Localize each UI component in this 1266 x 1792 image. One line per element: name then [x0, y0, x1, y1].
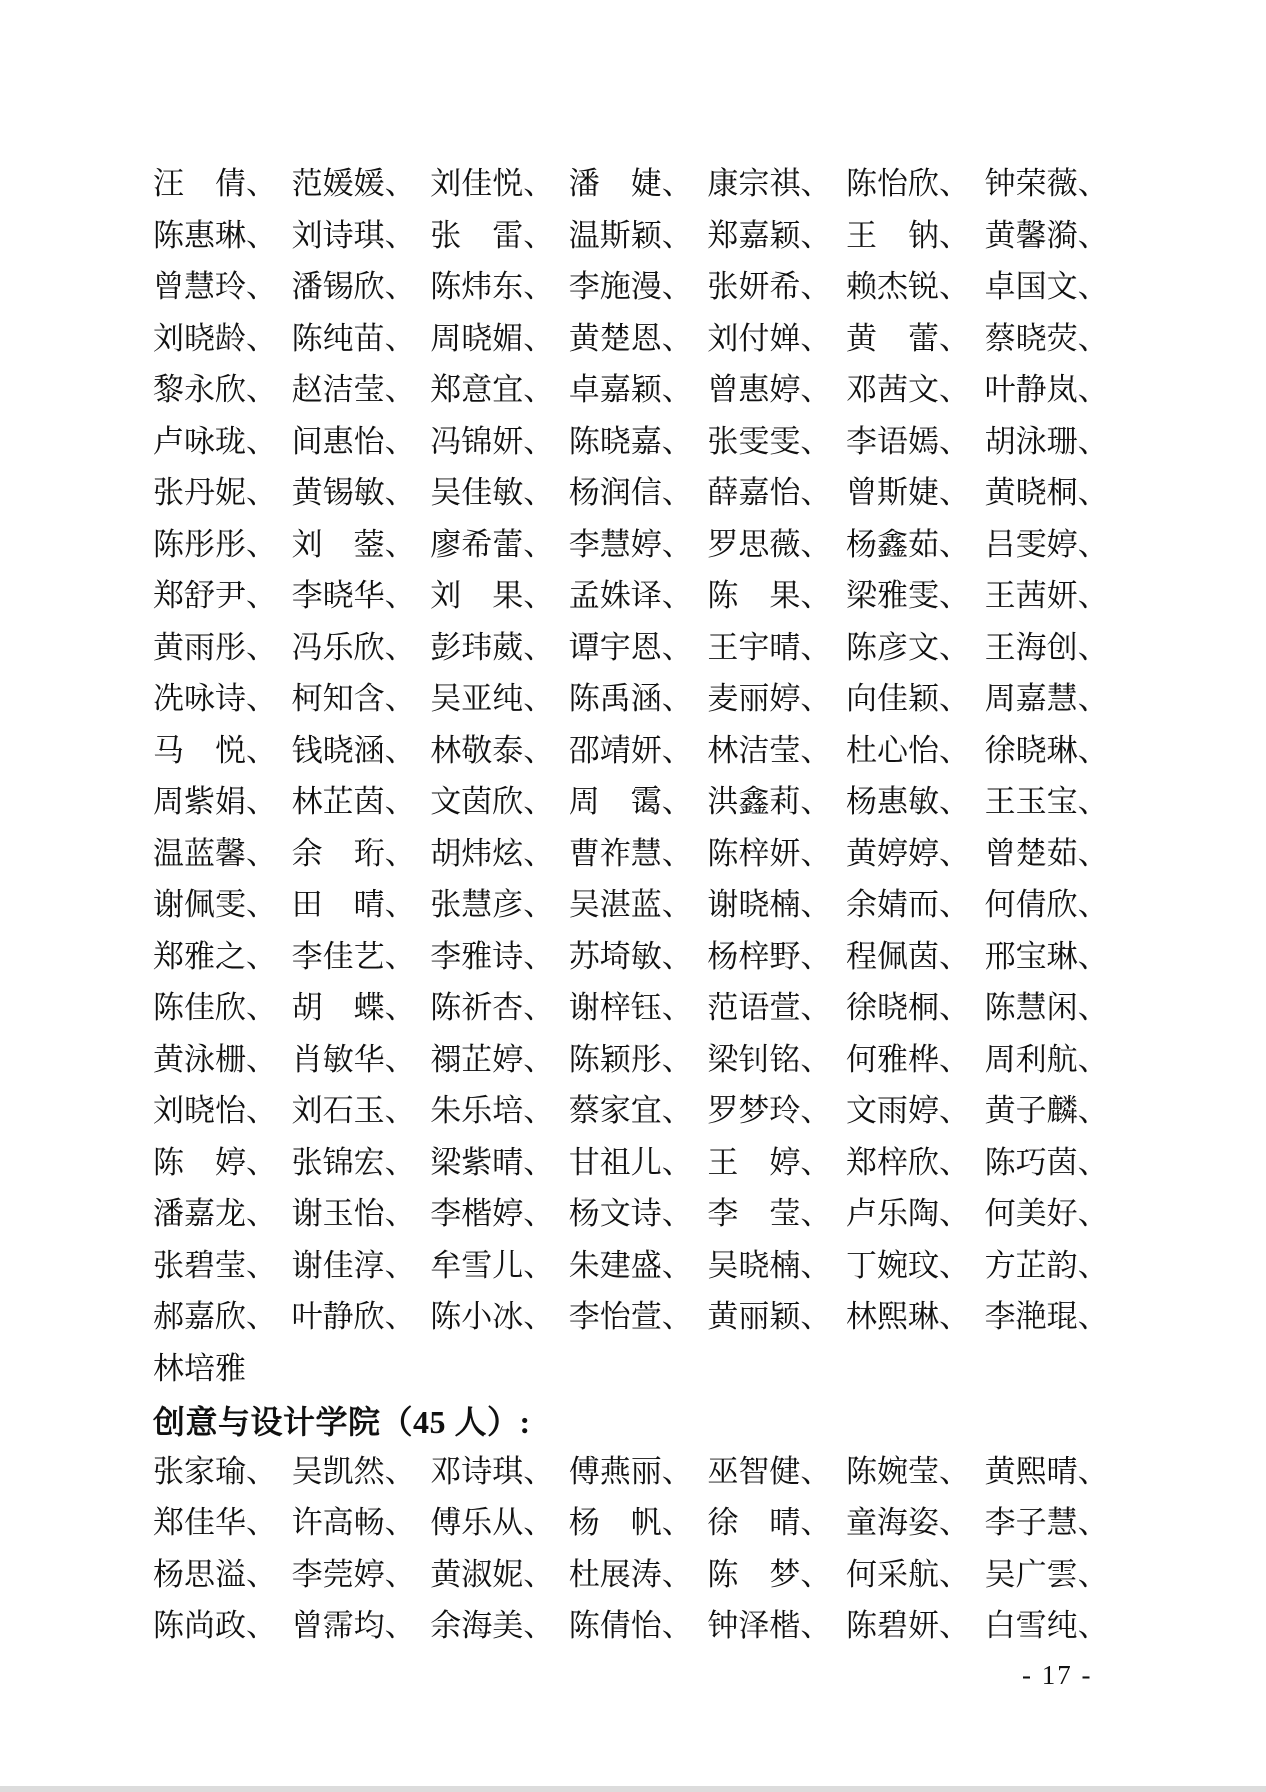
name-text: 何雅桦	[846, 1044, 939, 1075]
name-char: 李	[292, 941, 323, 972]
name-char: 梓	[738, 838, 769, 869]
enumeration-comma: 、	[662, 426, 693, 457]
name-text: 陈碧妍	[846, 1610, 939, 1641]
name-char: 范	[707, 992, 738, 1023]
name-char: 雯	[215, 889, 246, 920]
name-char: 雅	[877, 1044, 908, 1075]
name-char: 薇	[1047, 168, 1078, 199]
name-cell: 黄子麟、	[985, 1095, 1124, 1126]
name-text: 钟泽楷	[707, 1610, 800, 1641]
enumeration-comma: 、	[939, 1095, 970, 1126]
name-char: 馨	[215, 838, 246, 869]
name-cell: 杨润信、	[569, 477, 708, 508]
name-char: 黄	[569, 323, 600, 354]
name-text: 杨润信	[569, 477, 662, 508]
enumeration-comma: 、	[800, 1095, 831, 1126]
name-cell: 陈婉莹、	[846, 1456, 985, 1487]
enumeration-comma: 、	[800, 374, 831, 405]
name-char: 舒	[184, 580, 215, 611]
enumeration-comma: 、	[800, 426, 831, 457]
name-char: 子	[1016, 1507, 1047, 1538]
name-char: 而	[908, 889, 939, 920]
enumeration-comma: 、	[246, 1456, 277, 1487]
name-char: 果	[492, 580, 523, 611]
name-text: 蔡晓荧	[985, 323, 1078, 354]
name-char: 杏	[492, 992, 523, 1023]
name-text: 巫智健	[707, 1456, 800, 1487]
enumeration-comma: 、	[246, 1147, 277, 1178]
enumeration-comma: 、	[523, 1250, 554, 1281]
name-char: 芷	[323, 786, 354, 817]
name-char: 吴	[707, 1250, 738, 1281]
name-char: 潘	[292, 271, 323, 302]
name-text: 李慧婷	[569, 529, 662, 560]
name-char: 婷	[631, 529, 662, 560]
name-text: 黄晓桐	[985, 477, 1078, 508]
name-text: 杨文诗	[569, 1198, 662, 1229]
name-char: 智	[738, 1456, 769, 1487]
enumeration-comma: 、	[800, 323, 831, 354]
name-text: 柯知含	[292, 683, 385, 714]
name-char: 婧	[877, 889, 908, 920]
name-char: 恩	[631, 632, 662, 663]
name-char: 炫	[492, 838, 523, 869]
name-row: 郑舒尹、李晓华、刘果、孟姝译、陈果、梁雅雯、王茜妍、	[153, 570, 1131, 622]
enumeration-comma: 、	[246, 786, 277, 817]
name-text: 谢佩雯	[153, 889, 246, 920]
name-char: 家	[600, 1095, 631, 1126]
enumeration-comma: 、	[939, 1198, 970, 1229]
enumeration-comma: 、	[385, 941, 416, 972]
name-char: 锦	[461, 426, 492, 457]
enumeration-comma: 、	[939, 735, 970, 766]
name-char: 彤	[631, 1044, 662, 1075]
name-char: 航	[1047, 1044, 1078, 1075]
enumeration-comma: 、	[939, 168, 970, 199]
name-char: 永	[184, 374, 215, 405]
name-cell: 麦丽婷、	[707, 683, 846, 714]
name-cell: 蔡晓荧、	[985, 323, 1124, 354]
name-cell: 肖敏华、	[292, 1044, 431, 1075]
name-text: 汪倩	[153, 168, 246, 199]
name-cell: 周利航、	[985, 1044, 1124, 1075]
name-cell: 吴湛蓝、	[569, 889, 708, 920]
name-row: 张丹妮、黄锡敏、吴佳敏、杨润信、薛嘉怡、曾斯婕、黄晓桐、	[153, 467, 1131, 519]
name-cell: 文雨婷、	[846, 1095, 985, 1126]
name-cell: 卢咏珑、	[153, 426, 292, 457]
name-text: 范媛媛	[292, 168, 385, 199]
enumeration-comma: 、	[800, 1610, 831, 1641]
name-char: 欣	[354, 1301, 385, 1332]
name-char: 纯	[1047, 1610, 1078, 1641]
name-char: 彤	[184, 529, 215, 560]
name-char: 郑	[153, 941, 184, 972]
name-cell: 林敬泰、	[430, 735, 569, 766]
name-char: 斯	[877, 477, 908, 508]
enumeration-comma: 、	[800, 1198, 831, 1229]
name-text: 谭宇恩	[569, 632, 662, 663]
name-text: 潘嘉龙	[153, 1198, 246, 1229]
enumeration-comma: 、	[800, 220, 831, 251]
name-cell: 方芷韵、	[985, 1250, 1124, 1281]
name-char: 嫣	[908, 426, 939, 457]
name-char: 妍	[631, 735, 662, 766]
name-char: 栅	[215, 1044, 246, 1075]
name-text: 杨鑫茹	[846, 529, 939, 560]
name-char: 廖	[430, 529, 461, 560]
name-char: 雅	[184, 941, 215, 972]
name-cell: 徐晓琳、	[985, 735, 1124, 766]
name-char: 冯	[292, 632, 323, 663]
enumeration-comma: 、	[662, 477, 693, 508]
name-cell: 杨鑫茹、	[846, 529, 985, 560]
name-char: 佳	[877, 683, 908, 714]
name-cell: 陈梓妍、	[707, 838, 846, 869]
enumeration-comma: 、	[385, 1198, 416, 1229]
name-char: 儿	[631, 1147, 662, 1178]
name-text: 李子慧	[985, 1507, 1078, 1538]
enumeration-comma: 、	[800, 1559, 831, 1590]
name-char: 宝	[1047, 786, 1078, 817]
name-char: 敏	[354, 477, 385, 508]
name-char: 邓	[430, 1456, 461, 1487]
name-row: 张碧莹、谢佳淳、牟雪儿、朱建盛、吴晓楠、丁婉玟、方芷韵、	[153, 1240, 1131, 1292]
name-char: 茹	[908, 529, 939, 560]
enumeration-comma: 、	[662, 786, 693, 817]
name-row: 杨思溢、李莞婷、黄淑妮、杜展涛、陈梦、何采航、吴广雲、	[153, 1549, 1131, 1601]
name-char: 玲	[769, 1095, 800, 1126]
name-char: 姿	[908, 1507, 939, 1538]
name-char: 知	[323, 683, 354, 714]
name-char: 莹	[769, 1198, 800, 1229]
name-char: 燕	[600, 1456, 631, 1487]
name-cell: 刘晓怡、	[153, 1095, 292, 1126]
name-char: 媛	[323, 168, 354, 199]
name-char: 从	[492, 1507, 523, 1538]
name-char: 曾	[292, 1610, 323, 1641]
name-char: 钟	[707, 1610, 738, 1641]
name-char: 莉	[769, 786, 800, 817]
name-char: 琳	[215, 220, 246, 251]
name-text: 胡泳珊	[985, 426, 1078, 457]
name-text: 刘果	[430, 580, 523, 611]
name-text: 杨梓野	[707, 941, 800, 972]
name-text: 禤芷婷	[430, 1044, 523, 1075]
name-cell: 王婷、	[707, 1147, 846, 1178]
name-text: 陈佳欣	[153, 992, 246, 1023]
name-char: 铭	[769, 1044, 800, 1075]
name-text: 黄锡敏	[292, 477, 385, 508]
name-text: 陈小冰	[430, 1301, 523, 1332]
name-char: 黄	[985, 1095, 1016, 1126]
name-char: 陈	[707, 580, 738, 611]
name-char: 卢	[846, 1198, 877, 1229]
name-char: 倩	[600, 1610, 631, 1641]
name-text: 李施漫	[569, 271, 662, 302]
name-char: 梦	[769, 1559, 800, 1590]
name-cell: 陈慧闲、	[985, 992, 1124, 1023]
name-char: 罗	[707, 529, 738, 560]
name-char: 诗	[492, 941, 523, 972]
name-char: 陈	[153, 992, 184, 1023]
name-row: 冼咏诗、柯知含、吴亚纯、陈禹涵、麦丽婷、向佳颖、周嘉慧、	[153, 673, 1131, 725]
name-cell: 杜心怡、	[846, 735, 985, 766]
name-char: 梓	[738, 941, 769, 972]
name-char: 怡	[354, 426, 385, 457]
enumeration-comma: 、	[246, 1559, 277, 1590]
name-char: 吴	[985, 1559, 1016, 1590]
name-char: 吴	[569, 889, 600, 920]
enumeration-comma: 、	[662, 1507, 693, 1538]
name-cell: 陈小冰、	[430, 1301, 569, 1332]
name-text: 马悦	[153, 735, 246, 766]
name-text: 傅乐从	[430, 1507, 523, 1538]
name-text: 徐晴	[707, 1507, 800, 1538]
name-text: 陈怡欣	[846, 168, 939, 199]
name-cell: 向佳颖、	[846, 683, 985, 714]
name-char: 婕	[631, 168, 662, 199]
name-char: 瑜	[215, 1456, 246, 1487]
enumeration-comma: 、	[246, 941, 277, 972]
name-text: 林芷茵	[292, 786, 385, 817]
name-char: 颖	[631, 220, 662, 251]
name-char: 陈	[430, 992, 461, 1023]
name-cell: 陈晓嘉、	[569, 426, 708, 457]
name-char: 诗	[323, 220, 354, 251]
name-char: 诗	[215, 683, 246, 714]
name-char: 汪	[153, 168, 184, 199]
name-char: 思	[738, 529, 769, 560]
name-char: 婷	[354, 1559, 385, 1590]
name-char: 蝶	[354, 992, 385, 1023]
name-text: 陈果	[707, 580, 800, 611]
name-char: 尹	[215, 580, 246, 611]
name-char: 蔡	[985, 323, 1016, 354]
name-char: 桐	[1047, 477, 1078, 508]
name-char: 龄	[215, 323, 246, 354]
name-char: 彦	[492, 889, 523, 920]
name-cell: 何倩欣、	[985, 889, 1124, 920]
name-cell: 林培雅	[153, 1353, 292, 1384]
name-char: 莹	[354, 374, 385, 405]
name-text: 陈婉莹	[846, 1456, 939, 1487]
name-cell: 吴亚纯、	[430, 683, 569, 714]
name-cell: 冼咏诗、	[153, 683, 292, 714]
name-cell: 林熙琳、	[846, 1301, 985, 1332]
name-cell: 程佩茵、	[846, 941, 985, 972]
name-cell: 张碧莹、	[153, 1250, 292, 1281]
name-text: 黄子麟	[985, 1095, 1078, 1126]
name-text: 郑意宜	[430, 374, 523, 405]
name-cell: 黄晓桐、	[985, 477, 1124, 508]
name-cell: 郑雅之、	[153, 941, 292, 972]
enumeration-comma: 、	[385, 786, 416, 817]
name-char: 咏	[184, 426, 215, 457]
name-cell: 赵洁莹、	[292, 374, 431, 405]
name-text: 杨帆	[569, 1507, 662, 1538]
name-char: 埼	[600, 941, 631, 972]
name-char: 蔡	[569, 1095, 600, 1126]
name-cell: 卓国文、	[985, 271, 1124, 302]
name-text: 冯乐欣	[292, 632, 385, 663]
name-char: 梓	[600, 992, 631, 1023]
name-cell: 周嘉慧、	[985, 683, 1124, 714]
enumeration-comma: 、	[1078, 889, 1109, 920]
name-char: 杨	[846, 529, 877, 560]
name-char: 利	[1016, 1044, 1047, 1075]
name-text: 陈彤彤	[153, 529, 246, 560]
name-char: 颖	[908, 683, 939, 714]
name-char: 雲	[1047, 1559, 1078, 1590]
name-char: 宝	[1016, 941, 1047, 972]
name-char: 玲	[215, 271, 246, 302]
name-char: 敏	[323, 1044, 354, 1075]
name-text: 刘佳悦	[430, 168, 523, 199]
name-cell: 陈倩怡、	[569, 1610, 708, 1641]
name-char: 希	[461, 529, 492, 560]
name-char: 李	[569, 271, 600, 302]
name-char: 玮	[461, 632, 492, 663]
enumeration-comma: 、	[523, 786, 554, 817]
name-text: 丁婉玟	[846, 1250, 939, 1281]
name-char: 黄	[846, 323, 877, 354]
enumeration-comma: 、	[246, 992, 277, 1023]
name-cell: 谢玉怡、	[292, 1198, 431, 1229]
name-char: 敏	[492, 477, 523, 508]
enumeration-comma: 、	[800, 1250, 831, 1281]
name-char: 晴	[769, 632, 800, 663]
name-char: 晓	[600, 426, 631, 457]
enumeration-comma: 、	[1078, 735, 1109, 766]
name-char: 荣	[1016, 168, 1047, 199]
name-char: 张	[153, 1250, 184, 1281]
name-char: 展	[600, 1559, 631, 1590]
name-char: 雪	[461, 1250, 492, 1281]
enumeration-comma: 、	[385, 220, 416, 251]
enumeration-comma: 、	[939, 1456, 970, 1487]
name-text: 余珩	[292, 838, 385, 869]
enumeration-comma: 、	[662, 220, 693, 251]
name-cell: 吴晓楠、	[707, 1250, 846, 1281]
name-char: 李	[985, 1507, 1016, 1538]
name-cell: 吴广雲、	[985, 1559, 1124, 1590]
name-char: 婷	[492, 1198, 523, 1229]
name-char: 何	[985, 1198, 1016, 1229]
enumeration-comma: 、	[662, 683, 693, 714]
name-cell: 邢宝琳、	[985, 941, 1124, 972]
name-char: 胡	[292, 992, 323, 1023]
name-text: 谢玉怡	[292, 1198, 385, 1229]
name-text: 胡蝶	[292, 992, 385, 1023]
name-char: 梁	[430, 1147, 461, 1178]
enumeration-comma: 、	[523, 220, 554, 251]
name-text: 刘付婵	[707, 323, 800, 354]
name-char: 妍	[769, 838, 800, 869]
name-text: 朱乐培	[430, 1095, 523, 1126]
name-text: 曾楚茹	[985, 838, 1078, 869]
name-char: 美	[492, 1610, 523, 1641]
enumeration-comma: 、	[662, 992, 693, 1023]
enumeration-comma: 、	[385, 1250, 416, 1281]
name-char: 晓	[1016, 735, 1047, 766]
enumeration-comma: 、	[1078, 426, 1109, 457]
name-text: 何倩欣	[985, 889, 1078, 920]
name-char: 悦	[492, 168, 523, 199]
name-cell: 傅燕丽、	[569, 1456, 708, 1487]
name-text: 梁钊铭	[707, 1044, 800, 1075]
name-char: 乐	[323, 632, 354, 663]
name-char: 楠	[769, 889, 800, 920]
name-char: 鑫	[738, 786, 769, 817]
enumeration-comma: 、	[1078, 786, 1109, 817]
name-char: 雪	[1016, 1610, 1047, 1641]
enumeration-comma: 、	[662, 1198, 693, 1229]
name-cell: 曾惠婷、	[707, 374, 846, 405]
name-char: 陈	[430, 1301, 461, 1332]
name-char: 佳	[184, 1507, 215, 1538]
name-row: 潘嘉龙、谢玉怡、李楷婷、杨文诗、李莹、卢乐陶、何美好、	[153, 1188, 1131, 1240]
name-char: 莞	[323, 1559, 354, 1590]
name-char: 林	[430, 735, 461, 766]
name-char: 甘	[569, 1147, 600, 1178]
name-cell: 黄淑妮、	[430, 1559, 569, 1590]
name-cell: 吴佳敏、	[430, 477, 569, 508]
enumeration-comma: 、	[523, 580, 554, 611]
name-cell: 余珩、	[292, 838, 431, 869]
name-char: 桐	[908, 992, 939, 1023]
name-cell: 谢佳淳、	[292, 1250, 431, 1281]
name-cell: 刘蓥、	[292, 529, 431, 560]
name-char: 楚	[1016, 838, 1047, 869]
enumeration-comma: 、	[800, 1044, 831, 1075]
section-header: 创意与设计学院（45 人）:	[153, 1394, 1131, 1446]
name-char: 琪	[354, 220, 385, 251]
enumeration-comma: 、	[800, 580, 831, 611]
name-text: 牟雪儿	[430, 1250, 523, 1281]
name-char: 欣	[215, 1301, 246, 1332]
name-cell: 吕雯婷、	[985, 529, 1124, 560]
name-char: 晓	[1016, 323, 1047, 354]
name-char: 均	[354, 1610, 385, 1641]
name-cell: 王钠、	[846, 220, 985, 251]
name-char: 凯	[323, 1456, 354, 1487]
name-cell: 卢乐陶、	[846, 1198, 985, 1229]
name-char: 孟	[569, 580, 600, 611]
name-text: 罗梦玲	[707, 1095, 800, 1126]
name-char: 潘	[153, 1198, 184, 1229]
name-text: 吕雯婷	[985, 529, 1078, 560]
name-cell: 王茜妍、	[985, 580, 1124, 611]
name-char: 文	[430, 786, 461, 817]
name-char: 怡	[908, 735, 939, 766]
enumeration-comma: 、	[939, 271, 970, 302]
name-char: 然	[354, 1456, 385, 1487]
name-char: 李	[430, 941, 461, 972]
name-char: 雯	[908, 580, 939, 611]
name-char: 紫	[184, 786, 215, 817]
name-char: 洁	[323, 374, 354, 405]
name-char: 婷	[769, 1147, 800, 1178]
name-char: 陈	[569, 1044, 600, 1075]
name-cell: 胡蝶、	[292, 992, 431, 1023]
enumeration-comma: 、	[523, 1095, 554, 1126]
name-char: 晓	[184, 323, 215, 354]
name-row: 黄泳栅、肖敏华、禤芷婷、陈颖彤、梁钊铭、何雅桦、周利航、	[153, 1034, 1131, 1086]
enumeration-comma: 、	[1078, 477, 1109, 508]
enumeration-comma: 、	[385, 683, 416, 714]
name-cell: 黄楚恩、	[569, 323, 708, 354]
name-text: 周嘉慧	[985, 683, 1078, 714]
